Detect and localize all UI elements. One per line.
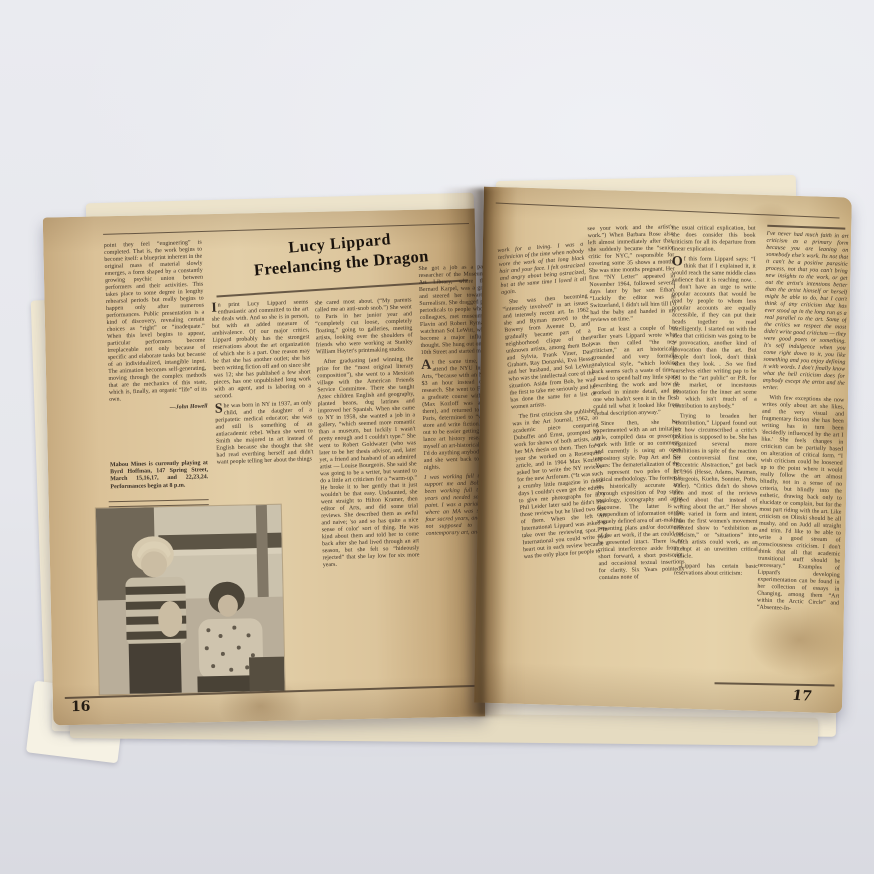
paragraph: see your work and the artist's work.”) W… <box>587 224 676 324</box>
right-column-3: the usual critical explication, but she … <box>672 225 759 667</box>
photo-sepia-wash <box>96 505 285 695</box>
paragraph: point they feel “engineering” is complet… <box>104 240 208 404</box>
right-column-4: I've never had much faith in art critici… <box>755 231 848 672</box>
paragraph: Lippard has certain basic reservations a… <box>674 563 758 577</box>
page-top-rule-right <box>496 203 840 219</box>
paragraph: I've never had much faith in art critici… <box>763 231 849 395</box>
article-photo <box>96 505 285 695</box>
continuation-column: point they feel “engineering” is complet… <box>104 240 209 459</box>
paragraph: the usual critical explication, but she … <box>672 225 756 253</box>
footer-rule-right <box>715 682 835 686</box>
paragraph: With few exceptions she now writes only … <box>757 395 845 615</box>
paragraph: Since then, she has experimented with an… <box>594 419 685 582</box>
magazine-right-page: work for a living. I was a technician of… <box>474 187 852 714</box>
page-number-17: 17 <box>791 688 813 705</box>
paragraph: She was born in NY in 1937, an only chil… <box>215 400 314 466</box>
paragraph: Trying to broaden her “contribution,” Li… <box>673 413 758 560</box>
paragraph: Of this form Lippard says: “I think that… <box>672 256 757 410</box>
paragraph: In print Lucy Lippard seems enthusiastic… <box>211 299 311 400</box>
paragraph: After graduating (and winning the prize … <box>316 356 420 569</box>
article-column-1: In print Lucy Lippard seems enthusiastic… <box>211 299 315 500</box>
paragraph: She was then becoming “intensely involve… <box>502 293 597 411</box>
quote-top-rule <box>767 225 845 230</box>
page-number-16: 16 <box>71 699 91 715</box>
mabou-mines-note: Mabou Mines is currently playing at Byrd… <box>110 460 209 491</box>
photograph-scene: point they feel “engineering” is complet… <box>0 0 874 874</box>
paragraph: she cared most about. (“My parents calle… <box>314 297 413 356</box>
paragraph: —John Howell <box>109 403 207 413</box>
magazine-left-page: point they feel “engineering” is complet… <box>43 209 486 726</box>
paragraph: For at least a couple of her earlier yea… <box>591 325 680 418</box>
paragraph: work for a living. I was a technician of… <box>497 242 587 297</box>
article-column-2: she cared most about. (“My parents calle… <box>314 297 423 692</box>
